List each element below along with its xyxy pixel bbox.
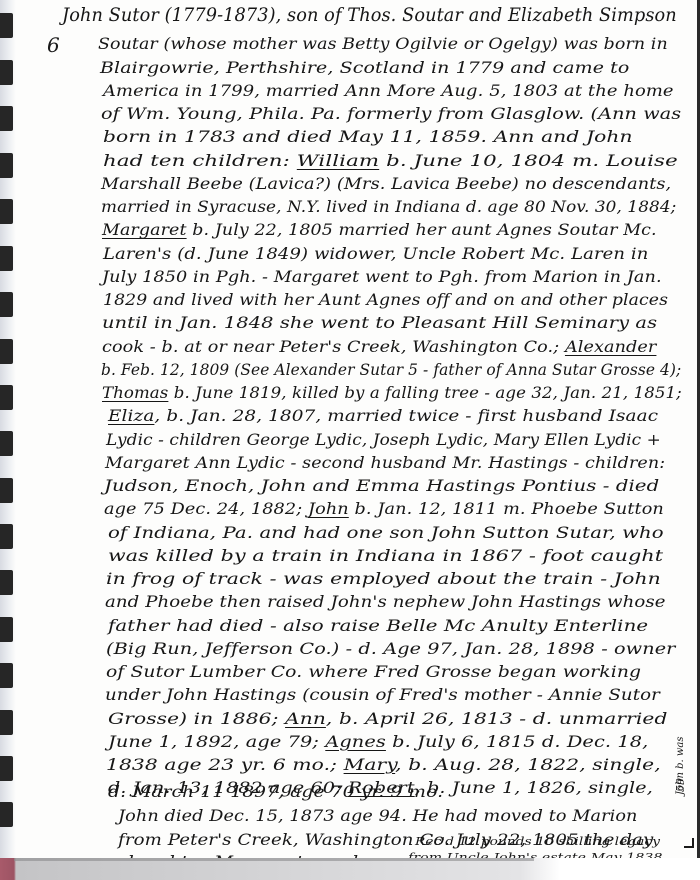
text-segment: age 75 Dec. 24, 1882; [104, 499, 308, 518]
text-segment: father had died - also raise Belle Mc An… [108, 616, 648, 635]
text-line: 1838 age 23 yr. 6 mo.; Mary, b. Aug. 28,… [106, 755, 661, 774]
text-segment: b. July 22, 1805 married her aunt Agnes … [187, 220, 657, 239]
text-line: Eliza, b. Jan. 28, 1807, married twice -… [108, 406, 658, 425]
binding-hole [0, 756, 13, 781]
text-line: of Wm. Young, Phila. Pa. formerly from G… [101, 104, 681, 123]
text-segment: Laren's (d. June 1849) widower, Uncle Ro… [103, 244, 648, 263]
text-segment: under John Hastings (cousin of Fred's mo… [105, 685, 660, 704]
text-segment: Grosse) in 1886; [108, 709, 285, 728]
text-segment: b. June 1819, killed by a falling tree -… [168, 383, 681, 402]
text-line: (Big Run, Jefferson Co.) - d. Age 97, Ja… [106, 639, 675, 658]
text-segment: July 1850 in Pgh. - Margaret went to Pgh… [102, 267, 662, 286]
text-line: cook - b. at or near Peter's Creek, Wash… [102, 337, 656, 356]
underlined-name: Mary [344, 755, 396, 774]
text-line: Thomas b. June 1819, killed by a falling… [102, 383, 682, 402]
text-segment: Blairgowrie, Perthshire, Scotland in 177… [100, 58, 629, 77]
underlined-name: Ann [285, 709, 326, 728]
underlined-name: Agnes [325, 732, 386, 751]
underlined-name: Eliza [108, 406, 154, 425]
text-line: June 1, 1892, age 79; Agnes b. July 6, 1… [108, 732, 648, 751]
binding-hole [0, 431, 13, 456]
underlined-name: Thomas [102, 383, 168, 402]
spiral-binding [0, 0, 16, 858]
text-line: born in 1783 and died May 11, 1859. Ann … [103, 127, 633, 146]
text-segment: Judson, Enoch, John and Emma Hastings Po… [104, 476, 659, 495]
underlined-name: Alexander [565, 337, 656, 356]
binding-hole [0, 106, 13, 131]
text-line: Margaret b. July 22, 1805 married her au… [102, 220, 657, 239]
text-segment: of Sutor Lumber Co. where Fred Grosse be… [106, 662, 641, 681]
text-segment: born in 1783 and died May 11, 1859. Ann … [103, 127, 633, 146]
text-segment: of Indiana, Pa. and had one son John Sut… [108, 523, 664, 542]
binding-hole [0, 710, 13, 735]
text-line: John died Dec. 15, 1873 age 94. He had m… [118, 806, 638, 825]
text-segment: cook - b. at or near Peter's Creek, Wash… [102, 337, 565, 356]
underlined-name: William [297, 151, 379, 170]
text-segment: John died Dec. 15, 1873 age 94. He had m… [118, 806, 638, 825]
text-line: Marshall Beebe (Lavica?) (Mrs. Lavica Be… [101, 174, 671, 193]
binding-hole [0, 802, 13, 827]
text-segment: 1829 and lived with her Aunt Agnes off a… [103, 290, 668, 309]
desk-background [0, 858, 700, 880]
text-segment: of Wm. Young, Phila. Pa. formerly from G… [101, 104, 681, 123]
corner-bracket [684, 838, 694, 848]
text-segment: , b. Aug. 28, 1822, single, [395, 755, 661, 774]
margin-vertical-note: John b. was [675, 736, 686, 795]
text-segment: 1838 age 23 yr. 6 mo.; [106, 755, 344, 774]
binding-hole [0, 292, 13, 317]
text-segment: until in Jan. 1848 she went to Pleasant … [102, 313, 657, 332]
text-segment: (Big Run, Jefferson Co.) - d. Age 97, Ja… [106, 639, 675, 658]
text-line: Blairgowrie, Perthshire, Scotland in 177… [100, 58, 629, 77]
text-segment: was killed by a train in Indiana in 1867… [108, 546, 663, 565]
text-line: married in Syracuse, N.Y. lived in India… [101, 197, 676, 216]
text-segment: b. June 10, 1804 m. Louise [379, 151, 678, 170]
text-line: b. Feb. 12, 1809 (See Alexander Sutar 5 … [101, 360, 681, 379]
text-line: Laren's (d. June 1849) widower, Uncle Ro… [103, 244, 648, 263]
binding-hole [0, 663, 13, 688]
text-segment: , b. Jan. 28, 1807, married twice - firs… [154, 406, 658, 425]
underlined-name: John [308, 499, 349, 518]
binding-hole [0, 13, 13, 38]
text-segment: , b. April 26, 1813 - d. unmarried [326, 709, 668, 728]
text-line: until in Jan. 1848 she went to Pleasant … [102, 313, 657, 332]
text-segment: Marshall Beebe (Lavica?) (Mrs. Lavica Be… [101, 174, 671, 193]
text-segment: b. Feb. 12, 1809 (See Alexander Sutar 5 … [101, 360, 681, 379]
text-segment: , b. June 1, 1826, single, [415, 778, 653, 797]
binding-hole [0, 199, 13, 224]
text-line: had ten children: William b. June 10, 18… [103, 151, 678, 170]
text-segment: Soutar (whose mother was Betty Ogilvie o… [98, 34, 668, 53]
text-line: of Sutor Lumber Co. where Fred Grosse be… [106, 662, 641, 681]
text-segment: b. July 6, 1815 d. Dec. 18, [386, 732, 649, 751]
text-segment: Lydic - children George Lydic, Joseph Ly… [106, 430, 661, 449]
text-segment: d. March 11 1897, age 70 yr. 9 mo. [108, 782, 443, 801]
binding-hole [0, 524, 13, 549]
text-line: Margaret Ann Lydic - second husband Mr. … [105, 453, 665, 472]
text-segment: America in 1799, married Ann More Aug. 5… [103, 81, 674, 100]
text-segment: married in Syracuse, N.Y. lived in India… [101, 197, 676, 216]
text-segment: b. Jan. 12, 1811 m. Phoebe Sutton [349, 499, 664, 518]
binding-hole [0, 478, 13, 503]
binding-hole [0, 617, 13, 642]
binding-hole [0, 153, 13, 178]
binding-hole [0, 570, 13, 595]
page-shadow [14, 858, 534, 861]
text-line: Grosse) in 1886; Ann, b. April 26, 1813 … [108, 709, 668, 728]
text-segment: in frog of track - was employed about th… [106, 569, 661, 588]
text-line: of Indiana, Pa. and had one son John Sut… [108, 523, 664, 542]
text-line: under John Hastings (cousin of Fred's mo… [105, 685, 660, 704]
margin-number: 6 [47, 33, 60, 57]
text-line: and Phoebe then raised John's nephew Joh… [105, 592, 666, 611]
text-segment: June 1, 1892, age 79; [108, 732, 325, 751]
binding-hole [0, 339, 13, 364]
text-segment: had ten children: [103, 151, 297, 170]
binding-hole [0, 246, 13, 271]
legacy-annotation: Rec'd 12 pounds 10 shilling legacy [415, 834, 660, 848]
text-line: America in 1799, married Ann More Aug. 5… [103, 81, 674, 100]
text-line: Soutar (whose mother was Betty Ogilvie o… [98, 34, 668, 53]
underlined-name: Margaret [102, 220, 187, 239]
text-line: father had died - also raise Belle Mc An… [108, 616, 648, 635]
binding-hole [0, 60, 13, 85]
document-page: 6 John Sutor (1779-1873), son of Thos. S… [0, 0, 700, 858]
text-segment: Margaret Ann Lydic - second husband Mr. … [105, 453, 665, 472]
binding-hole [0, 385, 13, 410]
text-line: John Sutor (1779-1873), son of Thos. Sou… [62, 4, 677, 26]
text-line: in frog of track - was employed about th… [106, 569, 661, 588]
text-line: was killed by a train in Indiana in 1867… [108, 546, 663, 565]
text-line: Judson, Enoch, John and Emma Hastings Po… [104, 476, 659, 495]
text-segment: and Phoebe then raised John's nephew Joh… [105, 592, 666, 611]
text-line: d. March 11 1897, age 70 yr. 9 mo. [108, 782, 443, 801]
text-segment: John Sutor (1779-1873), son of Thos. Sou… [62, 4, 677, 26]
text-line: July 1850 in Pgh. - Margaret went to Pgh… [102, 267, 662, 286]
text-line: age 75 Dec. 24, 1882; John b. Jan. 12, 1… [104, 499, 664, 518]
text-line: 1829 and lived with her Aunt Agnes off a… [103, 290, 668, 309]
text-line: Lydic - children George Lydic, Joseph Ly… [106, 430, 661, 449]
